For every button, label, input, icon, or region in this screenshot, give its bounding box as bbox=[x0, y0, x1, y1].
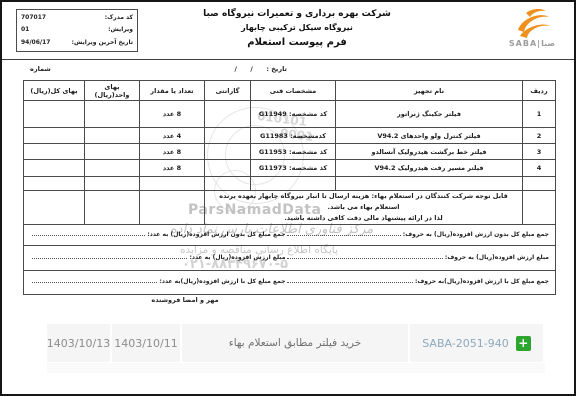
table-row: 1 فیلتر جکینگ ژنراتور کد مشخصه: G11949 8… bbox=[24, 101, 556, 128]
date-label: تاریخ : / / bbox=[187, 65, 287, 73]
dotted-fill bbox=[287, 258, 442, 259]
dotted-fill bbox=[32, 258, 187, 259]
saba-logo: SABA|صبا bbox=[494, 6, 570, 58]
row-number: 2 bbox=[523, 128, 556, 144]
note-row: قابل توجه شرکت کنندگان در استعلام بهاء: … bbox=[24, 191, 556, 225]
revision-value: 01 bbox=[21, 27, 29, 33]
empty-cell bbox=[24, 177, 85, 191]
next-row-strip bbox=[47, 363, 545, 373]
total-price-cell bbox=[24, 160, 85, 177]
add-icon[interactable]: + bbox=[516, 336, 531, 351]
table-header-row: ردیف نام تجهیز مشخصات فنی گارانتی تعداد … bbox=[24, 81, 556, 101]
equipment-name: فیلتر خط برگشت هیدرولیک آنسالدو bbox=[336, 144, 523, 160]
plant-name: نیروگاه سیکل ترکیبی چابهار bbox=[162, 23, 432, 32]
warranty-cell bbox=[205, 101, 251, 128]
tender-date-start: 1403/10/11 bbox=[112, 324, 182, 362]
quantity-cell: 8 عدد bbox=[140, 160, 205, 177]
tech-spec: کدمشخصه: G11983 bbox=[251, 128, 336, 144]
header-quantity: تعداد یا مقدار bbox=[140, 81, 205, 101]
tender-id-link[interactable]: SABA-2051-940 bbox=[422, 337, 508, 350]
empty-cell bbox=[140, 191, 205, 225]
total-price-cell bbox=[24, 128, 85, 144]
vat-figures-label: مبلغ ارزش افزوده(ریال) به عدد: bbox=[189, 254, 285, 261]
tender-title: خرید فیلتر مطابق استعلام بهاء bbox=[182, 324, 410, 362]
empty-cell bbox=[24, 191, 85, 225]
meta-row-revision-date: تاریخ آخرین ویرایش: 94/06/17 bbox=[21, 40, 133, 46]
tech-spec: کد مشخصه: G11953 bbox=[251, 144, 336, 160]
note-cell: قابل توجه شرکت کنندگان در استعلام بهاء: … bbox=[205, 191, 523, 225]
warranty-cell bbox=[205, 160, 251, 177]
dotted-fill bbox=[287, 235, 400, 236]
screenshot-root: 010101 9001 ParsNamadData مرکز فناوری اط… bbox=[0, 0, 576, 396]
row-number: 1 bbox=[523, 101, 556, 128]
total-without-vat-figures-label: جمع مبلغ کل بدون ارزش افزوده(ریال) به عد… bbox=[147, 231, 285, 238]
empty-cell bbox=[85, 191, 140, 225]
table-row: 4 فیلتر مسیر رفت هیدرولیک V94.2 کد مشخصه… bbox=[24, 160, 556, 177]
total-with-vat-row: جمع مبلغ کل با ارزش افزوده(ریال)به حروف:… bbox=[24, 271, 556, 295]
row-number: 3 bbox=[523, 144, 556, 160]
unit-price-cell bbox=[85, 128, 140, 144]
empty-cell bbox=[251, 177, 336, 191]
total-with-vat-words-label: جمع مبلغ کل با ارزش افزوده(ریال)به حروف: bbox=[415, 278, 549, 285]
quantity-cell: 8 عدد bbox=[140, 144, 205, 160]
warranty-cell bbox=[205, 128, 251, 144]
header-divider bbox=[2, 59, 576, 60]
empty-cell bbox=[85, 177, 140, 191]
tech-spec: کد مشخصه: G11973 bbox=[251, 160, 336, 177]
note-line-2: لذا در ارائه پیشنهاد مالی دقت کافی داشته… bbox=[207, 213, 520, 224]
revision-date-label: تاریخ آخرین ویرایش: bbox=[72, 40, 133, 46]
inquiry-table: ردیف نام تجهیز مشخصات فنی گارانتی تعداد … bbox=[23, 80, 556, 295]
header-row-number: ردیف bbox=[523, 81, 556, 101]
vat-amount-cell: مبلغ ارزش افزوده(ریال) به حروف: مبلغ ارز… bbox=[24, 246, 556, 271]
unit-price-cell bbox=[85, 160, 140, 177]
form-title: فرم پیوست استعلام bbox=[162, 37, 432, 48]
document-meta-box: کد مدرک: 707017 ویرایش: 01 تاریخ آخرین و… bbox=[16, 9, 138, 52]
empty-cell bbox=[140, 177, 205, 191]
warranty-cell bbox=[205, 144, 251, 160]
dotted-fill bbox=[32, 282, 158, 283]
total-price-cell bbox=[24, 144, 85, 160]
number-label: شماره bbox=[30, 65, 51, 73]
header-unit-price: بهای واحد(ریال) bbox=[85, 81, 140, 101]
meta-row-revision: ویرایش: 01 bbox=[21, 27, 133, 33]
quantity-cell: 8 عدد bbox=[140, 101, 205, 128]
row-number: 4 bbox=[523, 160, 556, 177]
document-title-block: شرکت بهره برداری و تعمیرات نیروگاه صبا ن… bbox=[162, 9, 432, 48]
tender-listing-row: 1403/10/13 1403/10/11 خرید فیلتر مطابق ا… bbox=[47, 324, 545, 362]
total-price-cell bbox=[24, 101, 85, 128]
empty-cell bbox=[336, 177, 523, 191]
total-without-vat-cell: جمع مبلغ کل بدون ارزش افزوده(ریال) به حر… bbox=[24, 225, 556, 246]
tender-date-end: 1403/10/13 bbox=[47, 324, 112, 362]
row-number-empty bbox=[523, 177, 556, 191]
equipment-name: فیلتر کنترل ولو واحدهای V94.2 bbox=[336, 128, 523, 144]
row-number-empty bbox=[523, 191, 556, 225]
header-total-price: بهای کل(ریال) bbox=[24, 81, 85, 101]
table-row: 3 فیلتر خط برگشت هیدرولیک آنسالدو کد مشخ… bbox=[24, 144, 556, 160]
table-row: 2 فیلتر کنترل ولو واحدهای V94.2 کدمشخصه:… bbox=[24, 128, 556, 144]
unit-price-cell bbox=[85, 101, 140, 128]
total-with-vat-figures-label: جمع مبلغ کل با ارزش افزوده(ریال)به عدد: bbox=[159, 278, 285, 285]
total-without-vat-words-label: جمع مبلغ کل بدون ارزش افزوده(ریال) به حر… bbox=[403, 231, 549, 238]
doc-code-label: کد مدرک: bbox=[105, 15, 133, 21]
header-warranty: گارانتی bbox=[205, 81, 251, 101]
saba-logo-icon bbox=[494, 6, 570, 40]
quantity-cell: 4 عدد bbox=[140, 128, 205, 144]
tech-spec: کد مشخصه: G11949 bbox=[251, 101, 336, 128]
vat-words-label: مبلغ ارزش افزوده(ریال) به حروف: bbox=[445, 254, 549, 261]
empty-cell bbox=[205, 177, 251, 191]
total-with-vat-cell: جمع مبلغ کل با ارزش افزوده(ریال)به حروف:… bbox=[24, 271, 556, 295]
doc-code-value: 707017 bbox=[21, 15, 46, 21]
company-name: شرکت بهره برداری و تعمیرات نیروگاه صبا bbox=[162, 9, 432, 19]
header-equipment-name: نام تجهیز bbox=[336, 81, 523, 101]
unit-price-cell bbox=[85, 144, 140, 160]
dotted-fill bbox=[287, 282, 413, 283]
header-tech-spec: مشخصات فنی bbox=[251, 81, 336, 101]
vat-amount-row: مبلغ ارزش افزوده(ریال) به حروف: مبلغ ارز… bbox=[24, 246, 556, 271]
seller-signature-label: مهر و امضا فروشنده bbox=[142, 296, 228, 304]
revision-date-value: 94/06/17 bbox=[21, 40, 50, 46]
equipment-name: فیلتر جکینگ ژنراتور bbox=[336, 101, 523, 128]
equipment-name: فیلتر مسیر رفت هیدرولیک V94.2 bbox=[336, 160, 523, 177]
meta-row-doc-code: کد مدرک: 707017 bbox=[21, 15, 133, 21]
revision-label: ویرایش: bbox=[108, 27, 133, 33]
tender-id-cell: SABA-2051-940 + bbox=[410, 324, 545, 362]
saba-wordmark: SABA|صبا bbox=[494, 40, 570, 48]
total-without-vat-row: جمع مبلغ کل بدون ارزش افزوده(ریال) به حر… bbox=[24, 225, 556, 246]
empty-row bbox=[24, 177, 556, 191]
dotted-fill bbox=[32, 235, 145, 236]
note-line-1: قابل توجه شرکت کنندگان در استعلام بهاء: … bbox=[207, 191, 520, 213]
